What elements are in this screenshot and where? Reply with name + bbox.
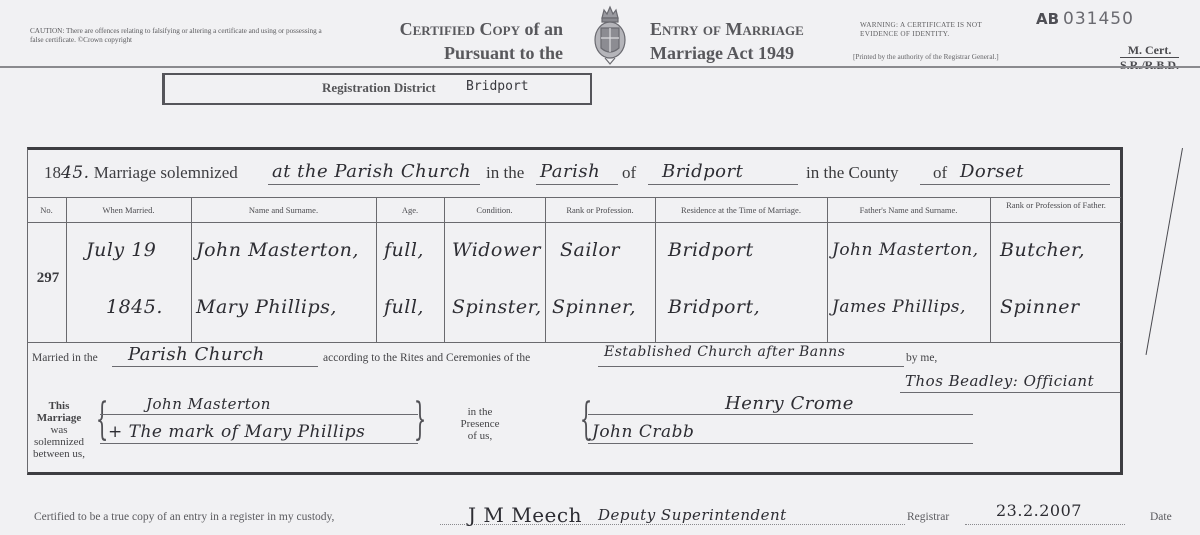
- ceremony-place-fill-line: [112, 366, 318, 367]
- form-code-top: M. Cert.: [1120, 43, 1179, 58]
- margin-pen-stroke: [1146, 148, 1183, 355]
- col-header-condition: Condition.: [444, 205, 545, 215]
- married-in-label: Married in the: [32, 352, 98, 364]
- registrar-label: Registrar: [907, 511, 949, 523]
- col-header-father-name: Father's Name and Surname.: [827, 205, 990, 215]
- solemnized-label: Marriage solemnized: [94, 163, 238, 182]
- identity-warning: WARNING: A CERTIFICATE IS NOT EVIDENCE O…: [860, 21, 1010, 39]
- registration-district-value: Bridport: [466, 79, 529, 94]
- col-divider-8: [990, 197, 991, 342]
- witness2-signature: John Crabb: [592, 422, 694, 442]
- groom-condition: Widower: [452, 240, 541, 260]
- officiant-signature: Thos Beadley: Officiant: [905, 372, 1094, 390]
- right-brace-open: {: [580, 398, 593, 442]
- by-me-label: by me,: [906, 352, 937, 364]
- rites-label: according to the Rites and Ceremonies of…: [323, 352, 530, 364]
- title-certified-copy: Certified Copy: [400, 19, 520, 39]
- serial-number: AB031450: [1036, 9, 1134, 29]
- bride-residence: Bridport,: [668, 297, 760, 317]
- title-pursuant: Pursuant to the: [355, 41, 563, 65]
- groom-father-profession: Butcher,: [1000, 240, 1085, 260]
- registration-district-label: Registration District: [322, 80, 436, 96]
- between-label-line4: between us,: [28, 448, 90, 460]
- bride-name: Mary Phillips,: [196, 297, 337, 317]
- officiant-fill-line: [900, 392, 1120, 393]
- col-divider-3: [376, 197, 377, 342]
- bride-profession: Spinner,: [552, 297, 636, 317]
- title-of-an: of an: [520, 19, 563, 39]
- in-the-label: in the: [486, 163, 524, 183]
- groom-name: John Masterton,: [196, 240, 359, 260]
- col-header-name: Name and Surname.: [191, 205, 376, 215]
- witness1-line: [588, 414, 973, 415]
- county-name: Dorset: [960, 161, 1024, 182]
- title-marriage-act: Marriage Act 1949: [650, 41, 860, 65]
- date-line: [965, 524, 1125, 525]
- groom-signature-line: [100, 414, 418, 415]
- groom-signature: John Masterton: [146, 395, 271, 413]
- witness1-signature: Henry Crome: [725, 393, 854, 414]
- col-header-no: No.: [27, 205, 66, 215]
- presence-label-line1: in the: [450, 406, 510, 418]
- presence-label: in the Presence of us,: [450, 406, 510, 442]
- left-brace-close: }: [414, 398, 427, 442]
- county-label: in the County: [806, 163, 899, 183]
- col-divider-4: [444, 197, 445, 342]
- of-label: of: [622, 163, 636, 183]
- header-divider: [0, 66, 1200, 68]
- serial-prefix: AB: [1036, 10, 1059, 28]
- col-header-when-married: When Married.: [66, 205, 191, 215]
- col-divider-1: [66, 197, 67, 342]
- between-label-line2: was: [28, 424, 90, 436]
- registrar-title: Deputy Superintendent: [598, 506, 787, 524]
- certification-date: 23.2.2007: [996, 501, 1082, 520]
- caution-notice: CAUTION: There are offences relating to …: [30, 27, 330, 45]
- year-suffix: 45.: [61, 163, 90, 183]
- date-married-line2: 1845.: [106, 297, 163, 317]
- groom-profession: Sailor: [560, 240, 620, 260]
- between-us-label: This Marriage was solemnized between us,: [28, 400, 90, 460]
- year-prefix: 18: [44, 163, 61, 182]
- entry-bottom-rule: [27, 342, 1121, 343]
- date-married-line1: July 19: [86, 240, 156, 260]
- groom-residence: Bridport: [668, 240, 754, 260]
- groom-age: full,: [384, 240, 424, 260]
- presence-label-line2: Presence: [450, 418, 510, 430]
- col-divider-5: [545, 197, 546, 342]
- col-header-age: Age.: [376, 205, 444, 215]
- col-divider-6: [655, 197, 656, 342]
- county-of-label: of: [933, 163, 947, 183]
- presence-label-line3: of us,: [450, 430, 510, 442]
- entry-number: 297: [30, 270, 66, 287]
- date-label: Date: [1150, 511, 1172, 523]
- bride-signature-line: [100, 443, 418, 444]
- bride-age: full,: [384, 297, 424, 317]
- col-divider-2: [191, 197, 192, 342]
- county-fill-line: [920, 184, 1110, 185]
- col-header-residence: Residence at the Time of Marriage.: [655, 205, 827, 215]
- witness2-line: [588, 443, 973, 444]
- title-entry-of-marriage: Entry of Marriage: [650, 17, 860, 41]
- col-header-father-profession: Rank or Profession of Father.: [992, 200, 1120, 210]
- certification-text: Certified to be a true copy of an entry …: [34, 511, 334, 523]
- registrar-signature-line: [440, 524, 905, 525]
- certificate-title-left: Certified Copy of an Pursuant to the: [355, 17, 563, 65]
- bride-father-profession: Spinner: [1000, 297, 1080, 317]
- serial-digits: 031450: [1063, 9, 1134, 29]
- between-label-line1: This Marriage: [28, 400, 90, 424]
- parish-fill-line: [648, 184, 798, 185]
- bride-signature: + The mark of Mary Phillips: [108, 422, 365, 442]
- between-label-line3: solemnized: [28, 436, 90, 448]
- parish-name: Bridport: [662, 161, 743, 182]
- royal-crest-icon: [587, 4, 633, 66]
- ceremony-rites: Established Church after Banns: [604, 344, 845, 360]
- parish-type-fill-line: [536, 184, 618, 185]
- printed-by-notice: [Printed by the authority of the Registr…: [853, 53, 999, 61]
- bride-condition: Spinster,: [452, 297, 542, 317]
- parish-type: Parish: [540, 161, 600, 182]
- left-brace-open: {: [96, 398, 109, 442]
- groom-father-name: John Masterton,: [832, 240, 979, 260]
- form-code-bottom: S.R./R.B.D.: [1120, 58, 1179, 72]
- rites-fill-line: [598, 366, 904, 367]
- bride-father-name: James Phillips,: [832, 297, 966, 317]
- ceremony-place: Parish Church: [128, 344, 265, 365]
- col-header-profession: Rank or Profession.: [545, 205, 655, 215]
- col-divider-7: [827, 197, 828, 342]
- place-fill-line: [268, 184, 480, 185]
- solemnization-line: 1845. Marriage solemnized: [44, 163, 238, 183]
- certificate-title-right: Entry of Marriage Marriage Act 1949: [650, 17, 860, 65]
- solemnization-place: at the Parish Church: [272, 161, 471, 182]
